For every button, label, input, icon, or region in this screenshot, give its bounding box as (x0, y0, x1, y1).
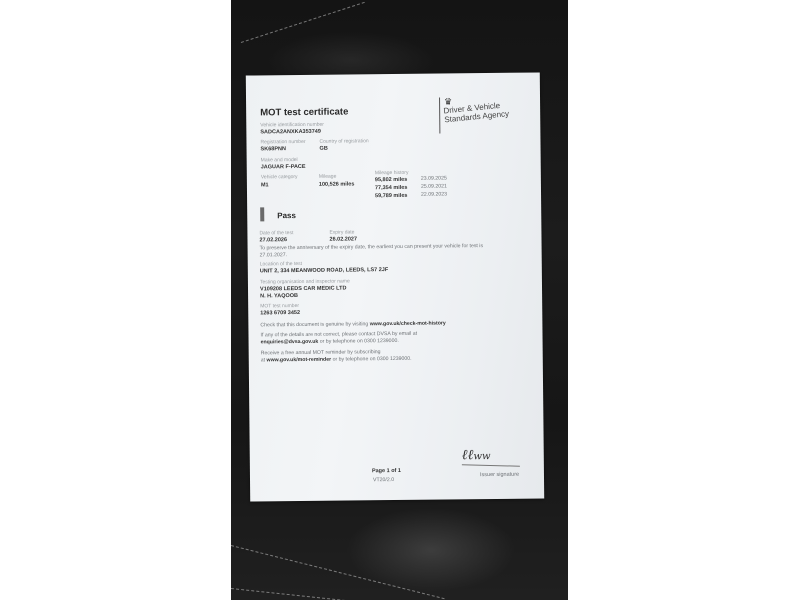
test-number-label: MOT test number (260, 303, 299, 309)
registration-value: SK68PNN (261, 146, 286, 152)
reminder-prefix: at (261, 357, 265, 363)
genuine-text: Check that this document is genuine by v… (260, 321, 368, 328)
test-date-label: Date of the test (259, 230, 293, 236)
reminder-line: at www.gov.uk/mot-reminder or by telepho… (261, 356, 412, 364)
organisation-label: Testing organisation and inspector name (260, 278, 350, 285)
mot-certificate: MOT test certificate ♛ Driver & Vehicle … (246, 72, 544, 501)
agency-name: Driver & Vehicle Standards Agency (443, 100, 524, 125)
mileage-history-date: 25.09.2021 (421, 183, 447, 189)
mileage-label: Mileage (319, 174, 337, 180)
contact-phone: or by telephone on 0300 1239000. (320, 338, 399, 345)
inspector-name: N. H. YAQOOB (260, 293, 298, 299)
location-label: Location of the test (260, 261, 302, 267)
category-value: M1 (261, 182, 269, 188)
reminder-link[interactable]: www.gov.uk/mot-reminder (267, 357, 332, 364)
test-date-value: 27.02.2026 (259, 237, 287, 243)
vin-value: SADCA2ANXKA353749 (260, 129, 321, 136)
mileage-history-date: 23.09.2025 (421, 175, 447, 181)
mileage-history-label: Mileage history (375, 170, 409, 176)
genuine-check-line: Check that this document is genuine by v… (260, 320, 445, 328)
country-value: GB (320, 146, 328, 152)
certificate-title: MOT test certificate (260, 106, 348, 118)
page-number: Page 1 of 1 (372, 468, 401, 474)
reminder-phone: or by telephone on 0300 1239000. (333, 356, 412, 363)
country-label: Country of registration (319, 138, 368, 145)
mileage-value: 100,526 miles (319, 181, 355, 187)
category-label: Vehicle category (261, 174, 298, 180)
location-value: UNIT 2, 334 MEANWOOD ROAD, LEEDS, LS7 2J… (260, 267, 388, 274)
signature-line (462, 464, 520, 466)
mileage-history-miles: 59,789 miles (375, 193, 407, 199)
contact-email[interactable]: enquiries@dvsa.gov.uk (261, 339, 319, 346)
mileage-history-miles: 95,802 miles (375, 177, 407, 183)
anniversary-date: 27.01.2027. (260, 252, 287, 258)
registration-label: Registration number (260, 139, 305, 145)
organisation-value: V109208 LEEDS CAR MEDIC LTD (260, 286, 346, 293)
vin-label: Vehicle identification number (260, 122, 324, 129)
expiry-date-label: Expiry date (329, 229, 354, 235)
result-indicator (260, 207, 264, 221)
make-model-label: Make and model (261, 157, 298, 163)
seat-stitching (241, 2, 365, 43)
make-model-value: JAGUAR F-PACE (261, 164, 306, 170)
contact-line: enquiries@dvsa.gov.uk or by telephone on… (261, 338, 399, 345)
genuine-link[interactable]: www.gov.uk/check-mot-history (370, 320, 446, 327)
reminder-text: Receive a free annual MOT reminder by su… (261, 349, 381, 356)
agency-divider (439, 98, 440, 134)
mileage-history-date: 22.09.2023 (421, 191, 447, 197)
test-result: Pass (277, 211, 296, 220)
anniversary-note: To preserve the anniversary of the expir… (260, 243, 484, 251)
form-code: VT20/2.0 (373, 477, 394, 483)
test-number-value: 1263 6709 3452 (260, 310, 300, 316)
expiry-date-value: 26.02.2027 (329, 236, 357, 242)
signature-label: Issuer signature (480, 472, 519, 478)
mileage-history-miles: 77,354 miles (375, 185, 407, 191)
seat-stitching (231, 588, 350, 600)
issuer-signature: ℓℓww (462, 447, 491, 464)
